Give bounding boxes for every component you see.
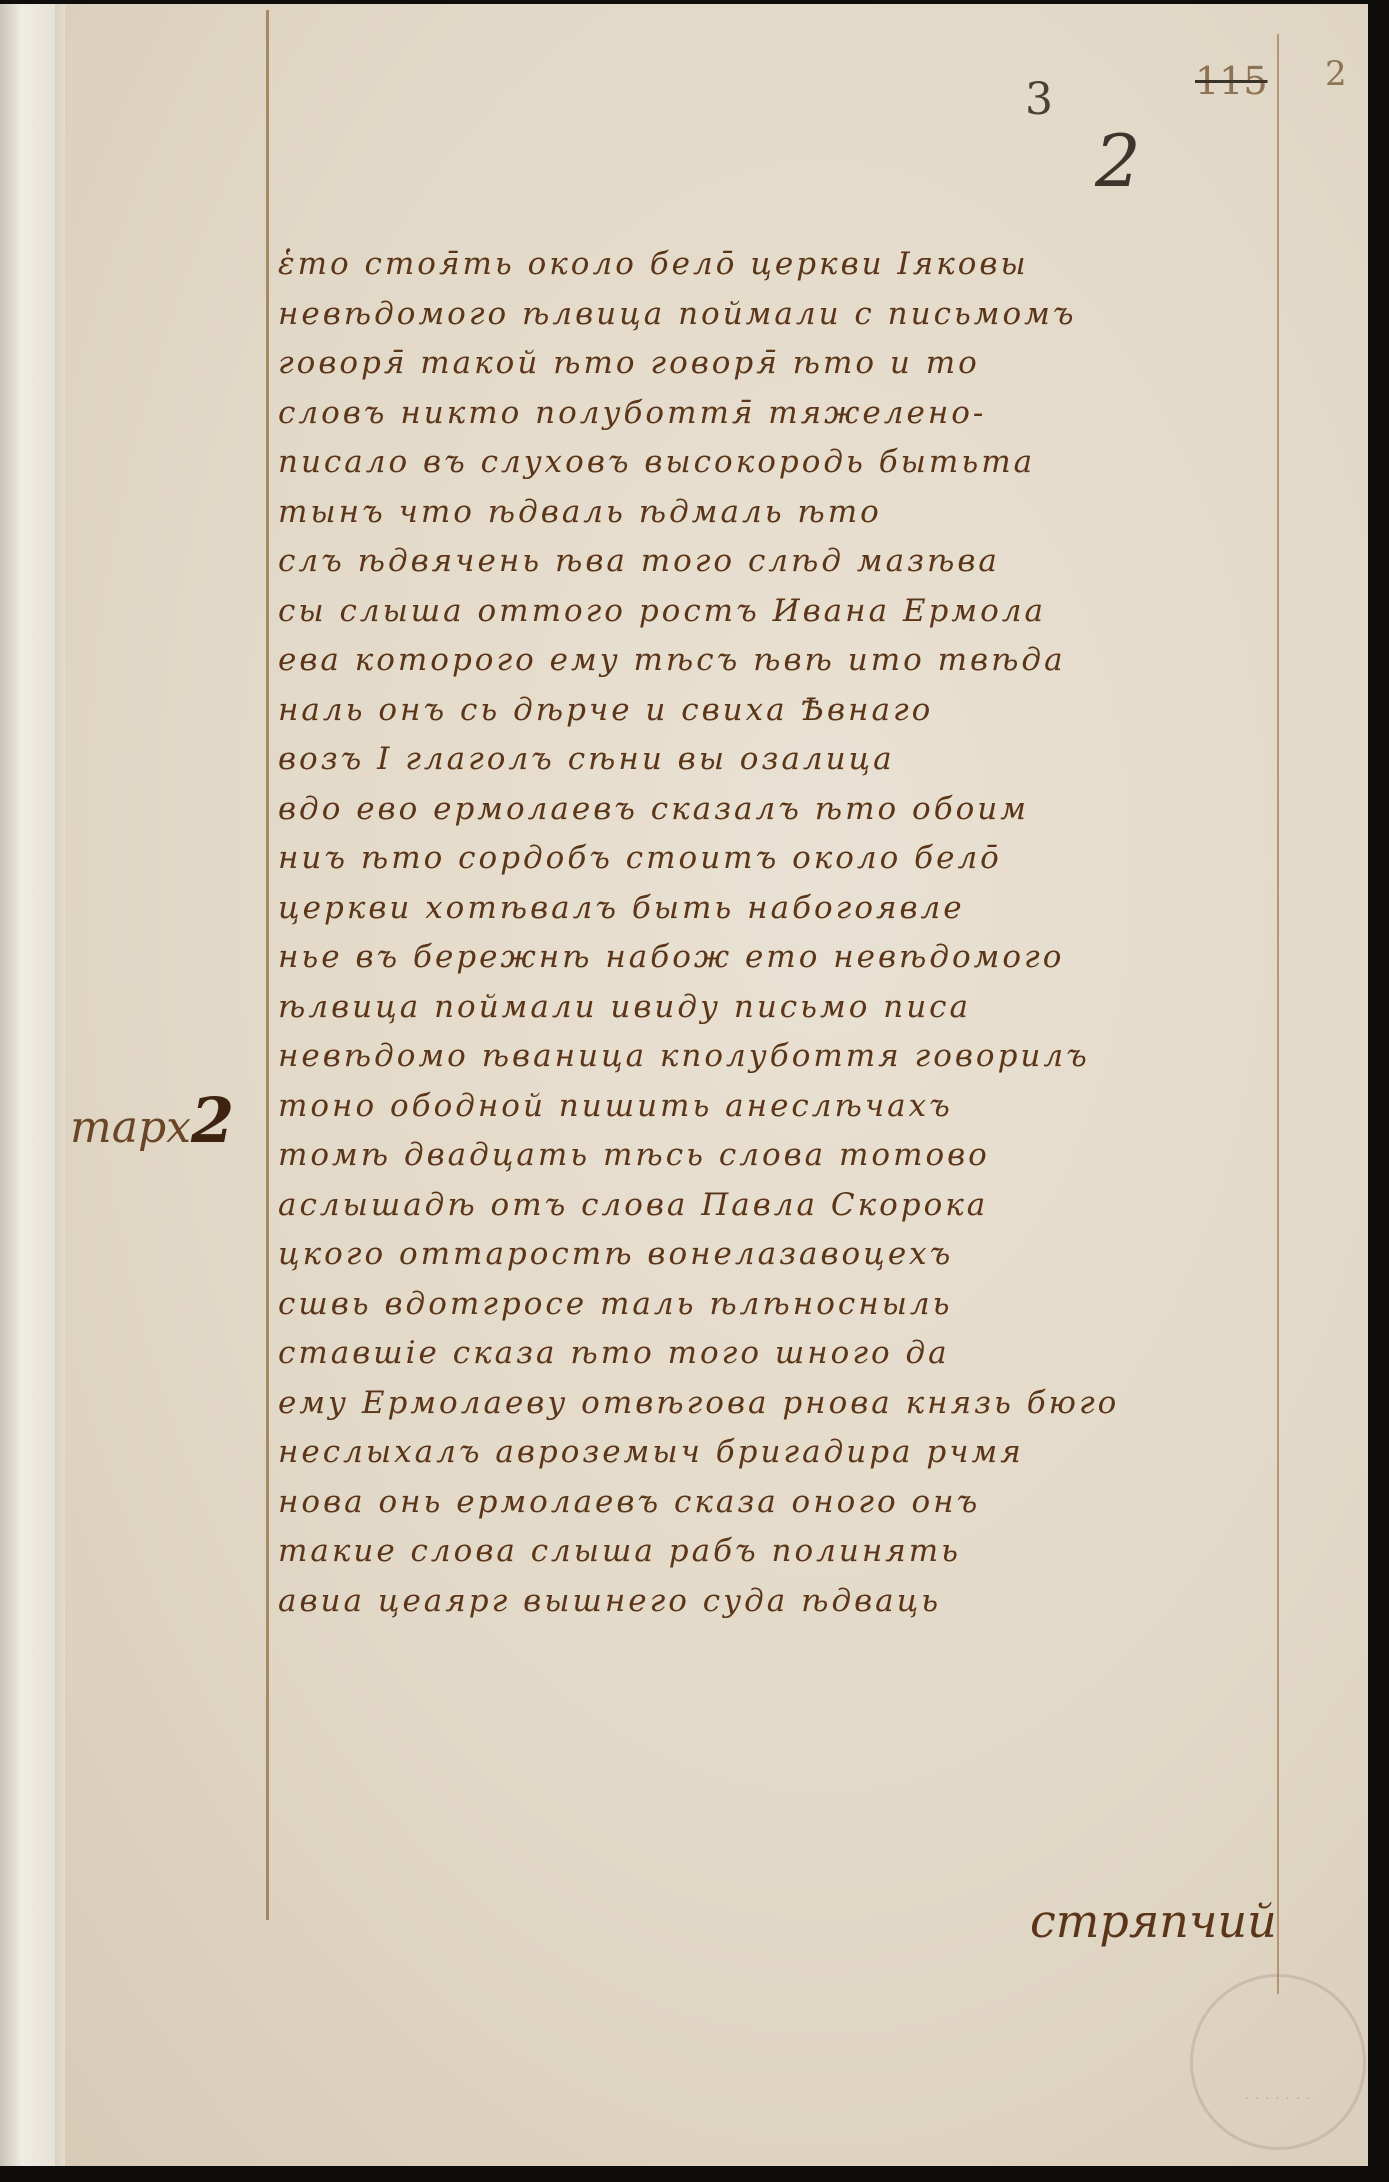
text-line: ниъ ѣто сордобъ стоитъ около бело̄ <box>278 834 1278 884</box>
margin-note-mark: 2 <box>191 1084 234 1157</box>
text-line: вдо ево ермолаевъ сказалъ ѣто обоим <box>278 785 1278 835</box>
text-line: тоно ободной пишить анеслѣчахъ <box>278 1082 1278 1132</box>
text-line: сы слыша оттого ростъ Ивана Ермола <box>278 587 1278 637</box>
text-line: нье въ бережнѣ набож ето невѣдомого <box>278 933 1278 983</box>
text-line: церкви хотѣвалъ быть набогоявле <box>278 884 1278 934</box>
text-line: возъ І глаголъ сѣни вы озалица <box>278 735 1278 785</box>
text-line: цкого оттаростѣ вонелазавоцехъ <box>278 1230 1278 1280</box>
stamp-text: · · · · · · · <box>1193 2092 1363 2107</box>
text-line: ставшіе сказа ѣто того шного да <box>278 1329 1278 1379</box>
text-line: писало въ слуховъ высокородь бытьта <box>278 438 1278 488</box>
left-margin-rule <box>266 10 269 1920</box>
archive-stamp: · · · · · · · <box>1190 1974 1366 2150</box>
signature: стряпчий <box>1030 1894 1277 1948</box>
margin-note-text: тарх <box>70 1102 191 1153</box>
text-line: невѣдомо ѣваница кполубоття говорилъ <box>278 1032 1278 1082</box>
text-line: томѣ двадцать тѣсь слова тотово <box>278 1131 1278 1181</box>
text-line: словъ никто полубоття̄ тяжелено- <box>278 389 1278 439</box>
binding-strip <box>0 4 55 2166</box>
scan-border-bottom <box>0 2166 1389 2182</box>
text-line: ἑто стоя̄ть около бело̄ церкви Іяковы <box>278 240 1278 290</box>
page-fold <box>55 4 65 2166</box>
text-line: сшвь вдотгросе таль ѣлѣносныль <box>278 1280 1278 1330</box>
folio-number-struck: 115 <box>1195 59 1268 103</box>
manuscript-page: 3 2 115 2 тарх2 ἑто стоя̄ть около бело̄ … <box>0 4 1368 2166</box>
text-line: ѣлвица поймали ивиду письмо писа <box>278 983 1278 1033</box>
text-line: такие слова слыша рабъ полинять <box>278 1527 1278 1577</box>
text-line: авиа цеаярг вышнего суда ѣдваць <box>278 1577 1278 1627</box>
text-line: слъ ѣдвячень ѣва того слѣд мазѣва <box>278 537 1278 587</box>
folio-number-pencil-upper: 3 <box>1025 74 1053 125</box>
text-line: невѣдомого ѣлвица поймали с письмомъ <box>278 290 1278 340</box>
text-line: неслыхалъ авроземыч бригадира рчмя <box>278 1428 1278 1478</box>
text-line: тынъ что ѣдваль ѣдмаль ѣто <box>278 488 1278 538</box>
text-line: наль онъ сь дѣрче и свиха Ѣвнаго <box>278 686 1278 736</box>
folio-number-small: 2 <box>1325 54 1347 94</box>
folio-number-pencil-main: 2 <box>1095 119 1141 203</box>
text-line: ему Ермолаеву отвѣгова рнова князь бюго <box>278 1379 1278 1429</box>
text-line: говоря̄ такой ѣто говоря̄ ѣто и то <box>278 339 1278 389</box>
margin-note: тарх2 <box>70 1084 234 1157</box>
text-line: ева которого ему тѣсъ ѣвѣ ито твѣда <box>278 636 1278 686</box>
text-line: нова онь ермолаевъ сказа оного онъ <box>278 1478 1278 1528</box>
manuscript-text: ἑто стоя̄ть около бело̄ церкви Іяковынев… <box>278 240 1278 1626</box>
text-line: аслышадѣ отъ слова Павла Скорока <box>278 1181 1278 1231</box>
